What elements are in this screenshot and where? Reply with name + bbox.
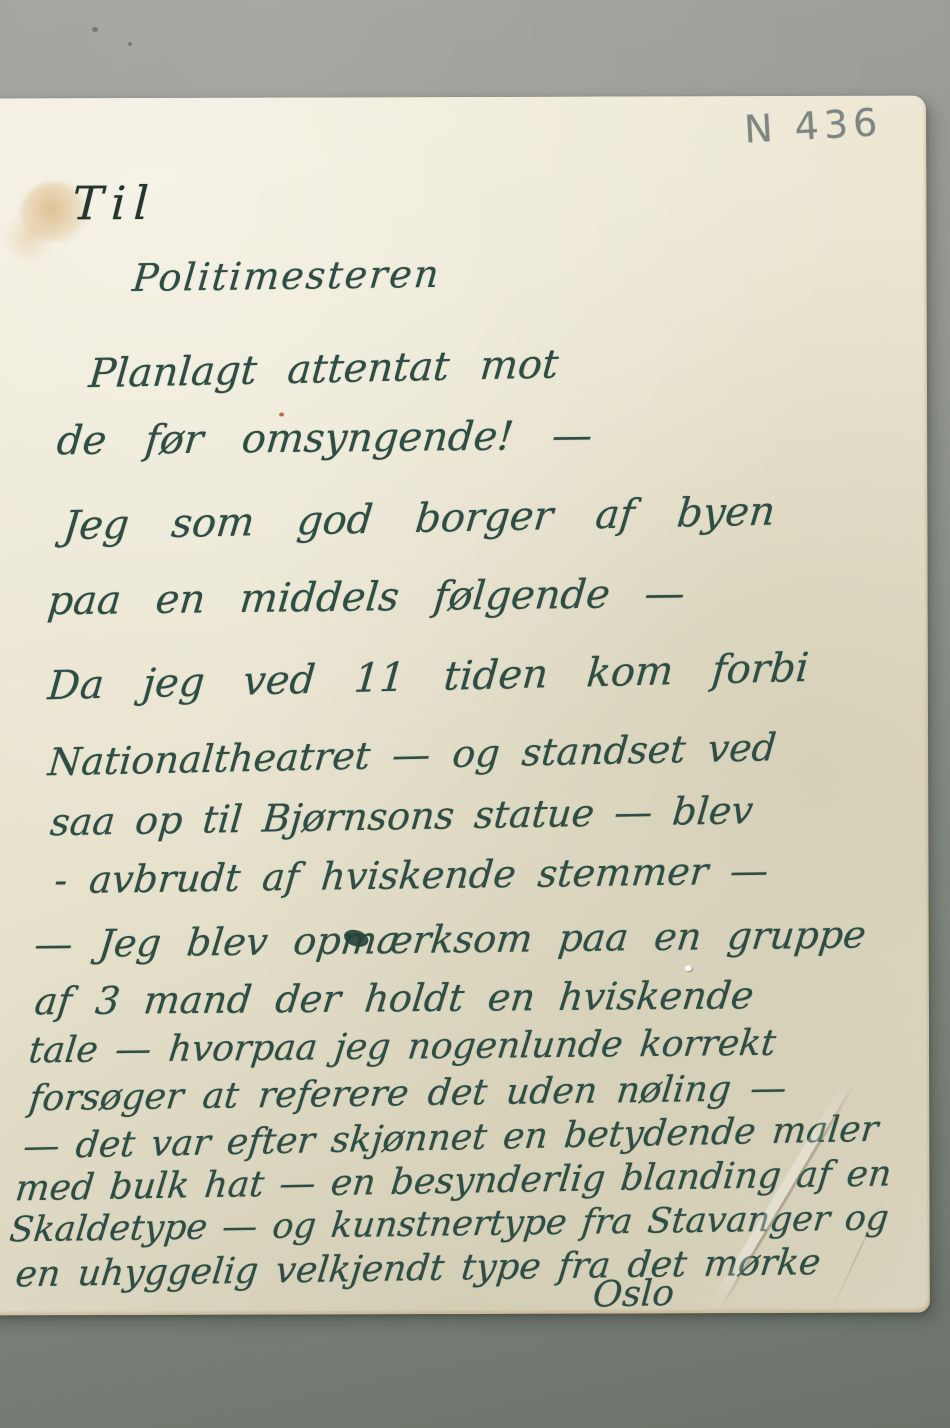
handwritten-line: saa op til Bjørnsons statue — blev <box>48 788 755 844</box>
closing-place: Oslo <box>591 1273 675 1316</box>
handwritten-line: en uhyggelig velkjendt type fra det mørk… <box>14 1242 823 1295</box>
archival-number: N 436 <box>743 100 883 152</box>
handwritten-line: Planlagt attentat mot <box>87 341 560 397</box>
handwritten-line: Da jeg ved 11 tiden kom forbi <box>46 645 810 709</box>
handwritten-line: Nationaltheatret — og standset ved <box>46 725 778 784</box>
paper-speck <box>279 413 284 417</box>
handwritten-line: tale — hvorpaa jeg nogenlunde korrekt <box>27 1023 778 1072</box>
handwritten-line: paa en middels følgende — <box>46 571 687 625</box>
background-speck <box>92 27 98 32</box>
handwritten-line: — Jeg blev opmærksom paa en gruppe <box>32 912 868 966</box>
salutation-line: Til <box>71 176 158 230</box>
handwritten-line: - avbrudt af hviskende stemmer — <box>53 849 771 903</box>
paper-speck <box>685 965 692 971</box>
letter-page: N 436 Til Politimesteren Planlagt attent… <box>0 96 930 1316</box>
scanned-letter-photo: { "document": { "archival_number": "N 43… <box>0 0 950 1428</box>
handwritten-line: forsøger at referere det uden nøling — <box>27 1068 789 1119</box>
background-speck <box>128 42 132 46</box>
handwritten-line: de før omsyngende! — <box>55 413 594 464</box>
handwritten-line: af 3 mand der holdt en hviskende <box>32 973 756 1023</box>
handwritten-line: Jeg som god borger af byen <box>61 489 777 550</box>
salutation-line: Politimesteren <box>131 252 443 300</box>
paper-stain <box>0 216 56 260</box>
